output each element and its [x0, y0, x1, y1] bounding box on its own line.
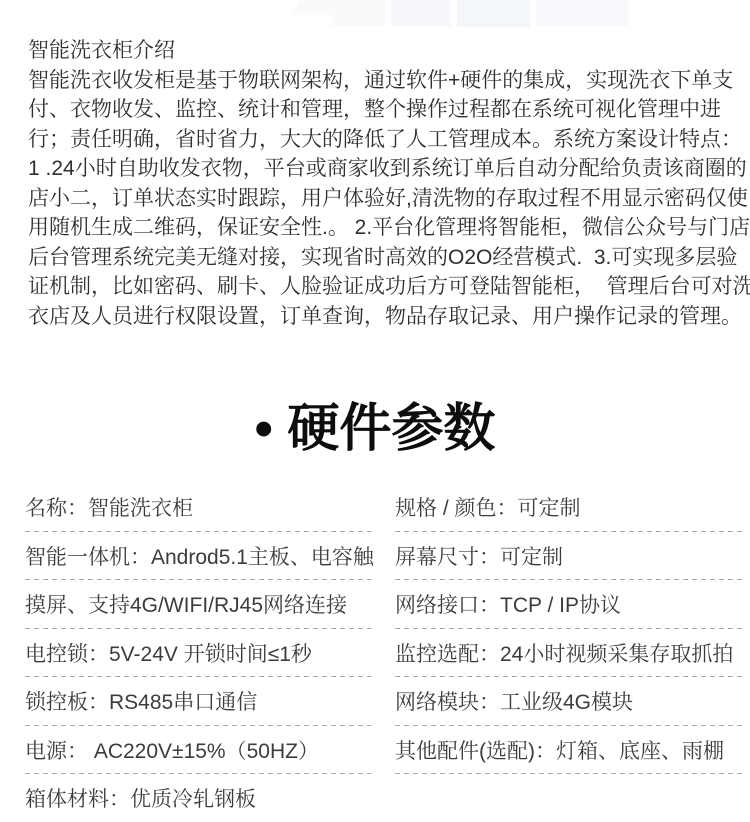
intro-text-line: 衣店及人员进行权限设置，订单查询，物品存取记录、用户操作记录的管理。 — [28, 302, 733, 332]
spec-row: 监控选配：24小时视频采集存取抓拍 — [395, 629, 746, 678]
intro-text-line: 行；责任明确，省时省力，大大的降低了人工管理成本。系统方案设计特点： — [28, 125, 733, 155]
intro-section: 智能洗衣柜介绍 智能洗衣收发柜是基于物联网架构，通过软件+硬件的集成，实现洗衣下… — [28, 36, 733, 331]
spec-row: 其他配件(选配)：灯箱、底座、雨棚 — [395, 726, 746, 775]
spec-text: 网络接口：TCP / IP协议 — [395, 589, 621, 619]
spec-row: 箱体材料：优质冷轧钢板 — [25, 774, 371, 822]
intro-text-line: 付、衣物收发、监控、统计和管理，整个操作过程都在系统可视化管理中进 — [28, 95, 733, 125]
product-description-page: { "intro": { "title": "智能洗衣柜介绍", "lines"… — [0, 0, 750, 822]
spec-text: 摸屏、支持4G/WIFI/RJ45网络连接 — [25, 589, 347, 619]
hardware-params-heading: • 硬件参数 — [0, 399, 750, 459]
spec-row: 网络接口：TCP / IP协议 — [395, 580, 746, 629]
spec-text: 网络模块：工业级4G模块 — [395, 686, 633, 716]
spec-text: 锁控板：RS485串口通信 — [25, 686, 257, 716]
intro-title: 智能洗衣柜介绍 — [28, 36, 733, 66]
spec-row: 屏幕尺寸：可定制 — [395, 532, 746, 581]
intro-text-line: 1 .24小时自助收发衣物，平台或商家收到系统订单后自动分配给负责该商圈的 — [28, 154, 733, 184]
spec-text: 规格 / 颜色：可定制 — [395, 492, 581, 522]
spec-text: 其他配件(选配)：灯箱、底座、雨棚 — [395, 735, 724, 765]
faded-image-remnant — [536, 0, 628, 26]
spec-row: 智能一体机：Androd5.1主板、电容触 — [25, 532, 371, 581]
spec-row: 电源： AC220V±15%（50HZ） — [25, 726, 371, 775]
spec-row: 锁控板：RS485串口通信 — [25, 677, 371, 726]
faded-image-remnant — [391, 0, 451, 26]
intro-text-line: 后台管理系统完美无缝对接，实现省时高效的O2O经营模式. 3.可实现多层验 — [28, 243, 733, 273]
spec-text: 电源： AC220V±15%（50HZ） — [25, 735, 319, 765]
spec-text: 箱体材料：优质冷轧钢板 — [25, 783, 256, 813]
spec-text: 电控锁：5V-24V 开锁时间≤1秒 — [25, 638, 312, 668]
spec-column-left: 名称：智能洗衣柜 智能一体机：Androd5.1主板、电容触 摸屏、支持4G/W… — [25, 483, 371, 822]
faded-image-remnant — [332, 0, 386, 26]
spec-text: 智能一体机：Androd5.1主板、电容触 — [25, 541, 374, 571]
spec-row: 规格 / 颜色：可定制 — [395, 483, 746, 532]
faded-image-remnant — [457, 0, 530, 27]
spec-row: 网络模块：工业级4G模块 — [395, 677, 746, 726]
spec-text: 屏幕尺寸：可定制 — [395, 541, 563, 571]
spec-text: 名称：智能洗衣柜 — [25, 492, 193, 522]
intro-text-line: 店小二，订单状态实时跟踪，用户体验好,清洗物的存取过程不用显示密码仅使 — [28, 184, 733, 214]
spec-table: 名称：智能洗衣柜 智能一体机：Androd5.1主板、电容触 摸屏、支持4G/W… — [25, 483, 746, 822]
spec-row: 摸屏、支持4G/WIFI/RJ45网络连接 — [25, 580, 371, 629]
spec-row: 电控锁：5V-24V 开锁时间≤1秒 — [25, 629, 371, 678]
spec-column-right: 规格 / 颜色：可定制 屏幕尺寸：可定制 网络接口：TCP / IP协议 监控选… — [395, 483, 746, 822]
intro-text-line: 用随机生成二维码，保证安全性.。 2.平台化管理将智能柜，微信公众号与门店 — [28, 213, 733, 243]
spec-text: 监控选配：24小时视频采集存取抓拍 — [395, 638, 733, 668]
intro-text-line: 智能洗衣收发柜是基于物联网架构，通过软件+硬件的集成，实现洗衣下单支 — [28, 66, 733, 96]
intro-text-line: 证机制，比如密码、刷卡、人脸验证成功后方可登陆智能柜， 管理后台可对洗 — [28, 272, 733, 302]
spec-row: 名称：智能洗衣柜 — [25, 483, 371, 532]
